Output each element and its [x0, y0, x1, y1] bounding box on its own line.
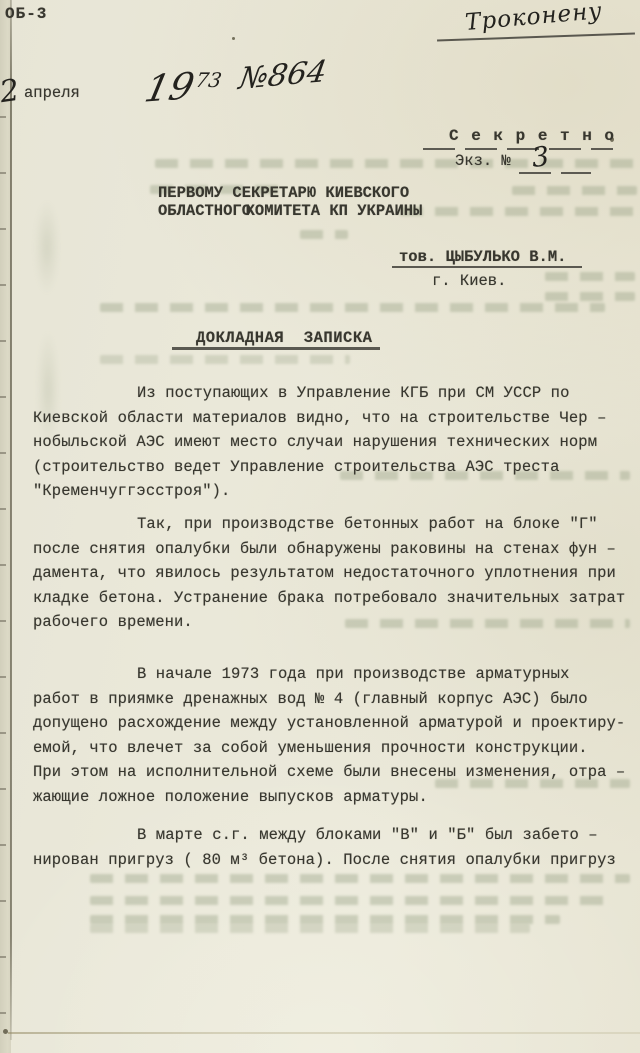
bleedthrough-line: [545, 292, 635, 301]
copy-number-handwritten: 3: [530, 141, 550, 174]
bleedthrough-line: [90, 924, 530, 933]
bleedthrough-line: [512, 186, 637, 195]
date-day-handwritten: 2: [0, 73, 21, 110]
bleedthrough-line: [100, 303, 605, 312]
addressee-underline: [392, 266, 582, 268]
handwritten-resolution: Троконену: [464, 0, 603, 36]
bleedthrough-line: [300, 230, 348, 239]
copy-number-underline: [519, 172, 591, 174]
recipient-line-2: КОМИТЕТА КП УКРАИНЫ: [158, 202, 510, 220]
copy-label: Экз. №: [455, 152, 511, 170]
page-fold-line: [10, 0, 12, 1040]
paragraph-4: В марте с.г. между блоками "В" и "Б" был…: [33, 823, 635, 872]
paper-stain: [34, 200, 60, 295]
paragraph-3: В начале 1973 года при производстве арма…: [33, 662, 635, 810]
paragraph-1: Из поступающих в Управление КГБ при СМ У…: [33, 381, 635, 504]
ink-speck: [3, 1029, 8, 1034]
document-title: ДОКЛАДНАЯ ЗАПИСКА: [196, 329, 372, 347]
paragraph-2: Так, при производстве бетонных работ на …: [33, 512, 635, 635]
reg-number-handwritten: №864: [236, 54, 329, 96]
bleedthrough-line: [100, 355, 350, 364]
secrecy-underline: [423, 148, 613, 150]
reg-year-superscript: 73: [194, 68, 224, 92]
date-month: апреля: [24, 84, 80, 102]
ink-speck: [232, 37, 235, 40]
corner-stamp: ОБ-3: [5, 5, 47, 23]
bleedthrough-line: [545, 272, 635, 281]
addressee: тов. ЦЫБУЛЬКО В.М.: [399, 248, 566, 266]
document-page: ОБ-3 Троконену 2 апреля 19 73 №864 С е к…: [0, 0, 640, 1053]
bleedthrough-line: [90, 874, 630, 883]
reg-year-handwritten: 19: [141, 64, 198, 110]
bleedthrough-line: [90, 896, 610, 905]
bleedthrough-line: [155, 159, 637, 168]
city: г. Киев.: [432, 272, 506, 290]
margin-ticks: [0, 116, 6, 1036]
title-underline: [172, 347, 380, 350]
bleedthrough-line: [90, 915, 560, 924]
crease-line: [8, 1032, 640, 1034]
